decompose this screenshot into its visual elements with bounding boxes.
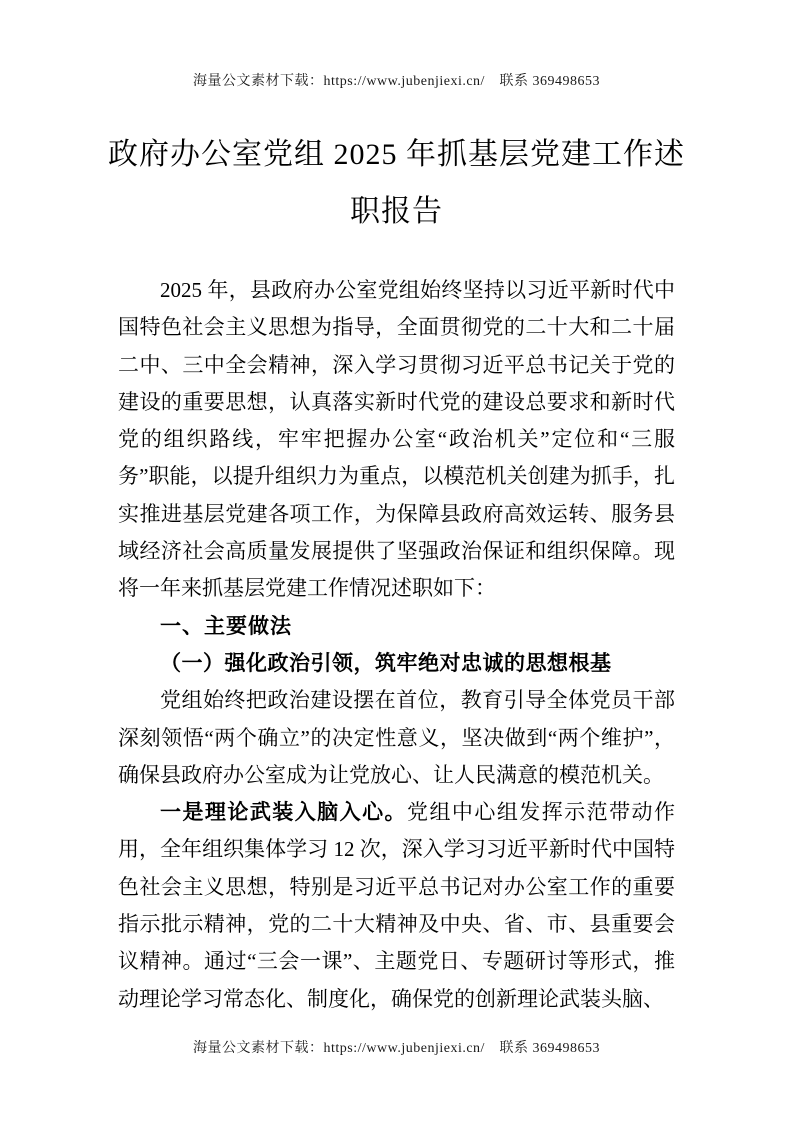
document-page: 海量公文素材下载：https://www.jubenjiexi.cn/ 联系 3… [0,0,793,1122]
document-body: 2025 年，县政府办公室党组始终坚持以习近平新时代中国特色社会主义思想为指导，… [118,272,675,1018]
section-heading-sub: （一）强化政治引领，筑牢绝对忠诚的思想根基 [118,645,675,682]
theory-paragraph-rest: 党组中心组发挥示范带动作用，全年组织集体学习 12 次，深入学习习近平新时代中国… [118,800,675,1010]
section-heading-main: 一、主要做法 [118,608,675,645]
intro-paragraph: 2025 年，县政府办公室党组始终坚持以习近平新时代中国特色社会主义思想为指导，… [118,272,675,608]
document-title: 政府办公室党组 2025 年抓基层党建工作述职报告 [95,126,698,240]
theory-paragraph-lead: 一是理论武装入脑入心。 [160,800,407,824]
theory-paragraph: 一是理论武装入脑入心。党组中心组发挥示范带动作用，全年组织集体学习 12 次，深… [118,794,675,1018]
header-watermark: 海量公文素材下载：https://www.jubenjiexi.cn/ 联系 3… [0,70,793,90]
political-leadership-paragraph: 党组始终把政治建设摆在首位，教育引导全体党员干部深刻领悟“两个确立”的决定性意义… [118,682,675,794]
footer-watermark: 海量公文素材下载：https://www.jubenjiexi.cn/ 联系 3… [0,1037,793,1057]
